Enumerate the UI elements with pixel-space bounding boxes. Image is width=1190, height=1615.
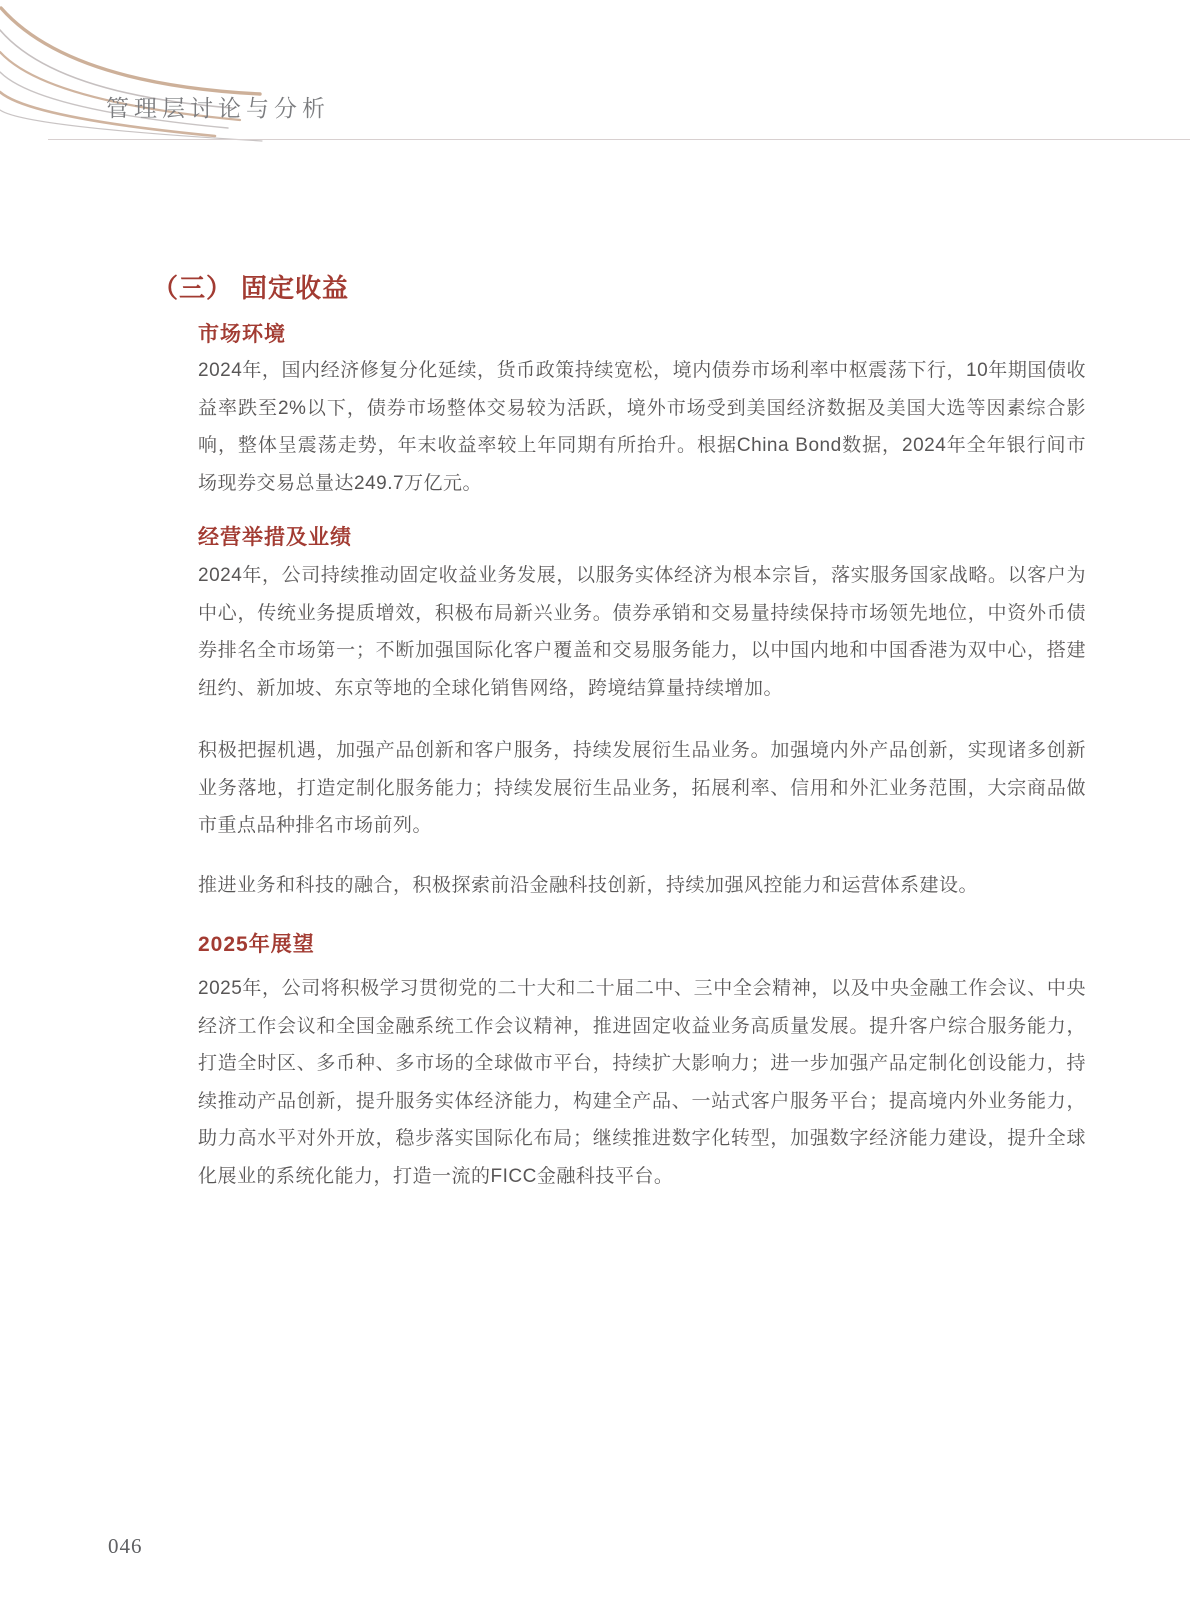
paragraph-market-environment: 2024年，国内经济修复分化延续，货币政策持续宽松，境内债券市场利率中枢震荡下行… xyxy=(198,352,1086,502)
section-number: （三） xyxy=(152,273,233,303)
paragraph-2025-outlook: 2025年，公司将积极学习贯彻党的二十大和二十届二中、三中全会精神，以及中央金融… xyxy=(198,970,1086,1195)
subheading-operations-results: 经营举措及业绩 xyxy=(198,521,352,551)
paragraph-operations-1: 2024年，公司持续推动固定收益业务发展，以服务实体经济为根本宗旨，落实服务国家… xyxy=(198,557,1086,707)
page-number: 046 xyxy=(108,1534,143,1559)
running-header-title: 管理层讨论与分析 xyxy=(106,90,330,123)
paragraph-operations-3: 推进业务和科技的融合，积极探索前沿金融科技创新，持续加强风控能力和运营体系建设。 xyxy=(198,867,1086,905)
header-divider xyxy=(48,139,1190,140)
subheading-market-environment: 市场环境 xyxy=(198,318,286,348)
report-page: 管理层讨论与分析 （三）固定收益 市场环境 2024年，国内经济修复分化延续，货… xyxy=(0,0,1190,1615)
section-heading: （三）固定收益 xyxy=(152,268,349,305)
corner-arcs-decoration-icon xyxy=(0,0,290,155)
paragraph-operations-2: 积极把握机遇，加强产品创新和客户服务，持续发展衍生品业务。加强境内外产品创新，实… xyxy=(198,732,1086,845)
subheading-2025-outlook: 2025年展望 xyxy=(198,928,315,958)
section-title: 固定收益 xyxy=(241,273,349,303)
